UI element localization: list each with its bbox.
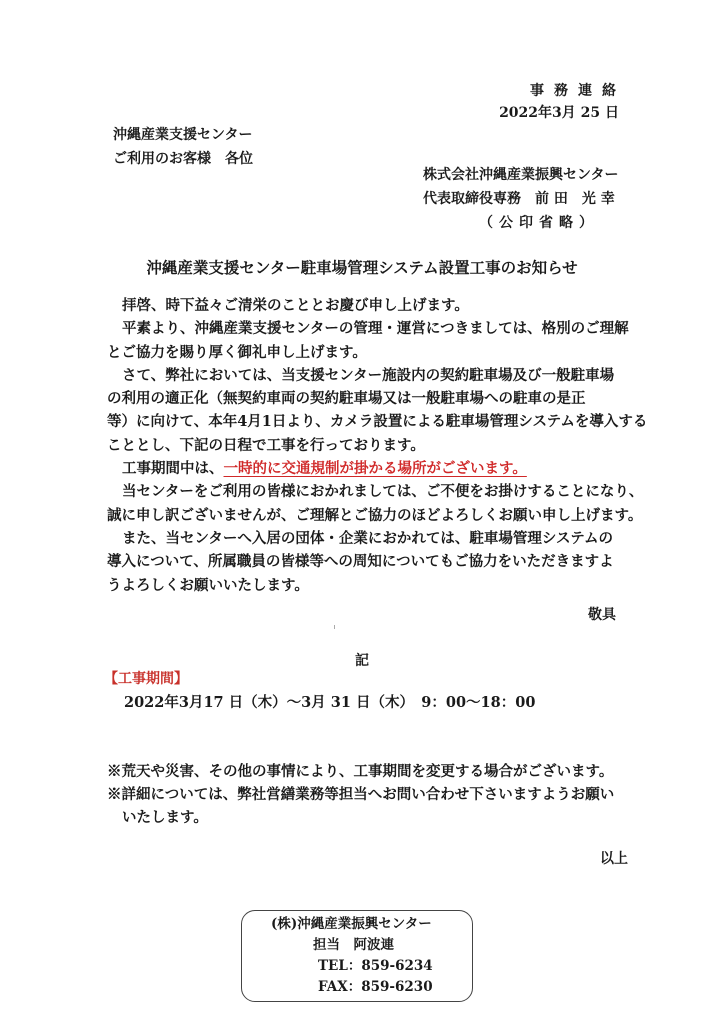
body-paragraph-5-line-2: 誠に申し訳ございませんが、ご理解とご協力のほどよろしくお願い申し上げます。 xyxy=(107,504,627,527)
recipient-organization: 沖縄産業支援センター xyxy=(113,123,253,147)
note-inquiry-line-2: いたします。 xyxy=(107,806,614,829)
body-paragraph-3-line-4: こととし、下記の日程で工事を行っております。 xyxy=(107,434,627,457)
notice-body: 拝啓、時下益々ご清栄のこととお慶び申し上げます。 平素より、沖縄産業支援センター… xyxy=(107,294,627,597)
body-paragraph-4: 工事期間中は、一時的に交通規制が掛かる場所がございます。 xyxy=(107,457,627,480)
document-page: 事務連絡 2022年3月 25 日 沖縄産業支援センター ご利用のお客様 各位 … xyxy=(0,0,724,1024)
details-marker: 記 xyxy=(0,650,724,670)
traffic-notice-prefix: 工事期間中は、 xyxy=(122,460,224,477)
sender-representative: 代表取締役専務 前 田 光 幸 xyxy=(423,187,618,211)
body-paragraph-3-line-1: さて、弊社においては、当支援センター施設内の契約駐車場及び一般駐車場 xyxy=(107,364,627,387)
traffic-restriction-highlight: 一時的に交通規制が掛かる場所がございます。 xyxy=(224,460,527,477)
body-paragraph-6-line-2: 導入について、所属職員の皆様等への周知についてもご協力をいただきますよ xyxy=(107,550,627,573)
notice-title: 沖縄産業支援センター駐車場管理システム設置工事のお知らせ xyxy=(0,256,724,278)
sender-company: 株式会社沖縄産業振興センター xyxy=(423,163,618,187)
contact-tel: TEL：859-6234 xyxy=(318,956,433,977)
body-paragraph-3-line-2: の利用の適正化（無契約車両の契約駐車場又は一般駐車場への駐車の是正 xyxy=(107,387,627,410)
contact-fax: FAX：859-6230 xyxy=(318,977,433,998)
notes-block: ※荒天や災害、その他の事情により、工事期間を変更する場合がございます。 ※詳細に… xyxy=(107,760,614,829)
recipients-block: 沖縄産業支援センター ご利用のお客様 各位 xyxy=(113,123,253,171)
recipient-audience: ご利用のお客様 各位 xyxy=(113,147,253,171)
body-paragraph-5-line-1: 当センターをご利用の皆様におかれましては、ご不便をお掛けすることになり、 xyxy=(107,480,627,503)
contact-box: (株)沖縄産業振興センター 担当 阿波連 TEL：859-6234 FAX：85… xyxy=(241,910,473,1002)
contact-person: 担当 阿波連 xyxy=(313,935,394,956)
body-paragraph-3-line-3: 等）に向けて、本年4月1日より、カメラ設置による駐車場管理システムを導入する xyxy=(107,410,627,433)
body-greeting: 拝啓、時下益々ご清栄のこととお慶び申し上げます。 xyxy=(107,294,627,317)
body-paragraph-2-line-1: 平素より、沖縄産業支援センターの管理・運営につきましては、格別のご理解 xyxy=(107,317,627,340)
sender-block: 株式会社沖縄産業振興センター 代表取締役専務 前 田 光 幸 （公印省略） xyxy=(423,163,618,235)
document-date: 2022年3月 25 日 xyxy=(499,102,619,122)
seal-omitted-note: （公印省略） xyxy=(423,211,618,235)
document-type-label: 事務連絡 xyxy=(530,80,626,100)
body-paragraph-2-line-2: とご協力を賜り厚く御礼申し上げます。 xyxy=(107,341,627,364)
scan-artifact xyxy=(334,625,335,629)
body-paragraph-6-line-1: また、当センターへ入居の団体・企業におかれては、駐車場管理システムの xyxy=(107,527,627,550)
construction-period-heading: 【工事期間】 xyxy=(104,668,188,688)
note-weather: ※荒天や災害、その他の事情により、工事期間を変更する場合がございます。 xyxy=(107,760,614,783)
construction-period-value: 2022年3月17 日（木）～3月 31 日（木） 9：00～18：00 xyxy=(124,691,535,712)
closing-salutation: 敬具 xyxy=(588,604,616,624)
note-inquiry-line-1: ※詳細については、弊社営繕業務等担当へお問い合わせ下さいますようお願い xyxy=(107,783,614,806)
body-paragraph-6-line-3: うよろしくお願いいたします。 xyxy=(107,574,627,597)
contact-company: (株)沖縄産業振興センター xyxy=(271,914,432,935)
end-mark: 以上 xyxy=(600,848,628,868)
